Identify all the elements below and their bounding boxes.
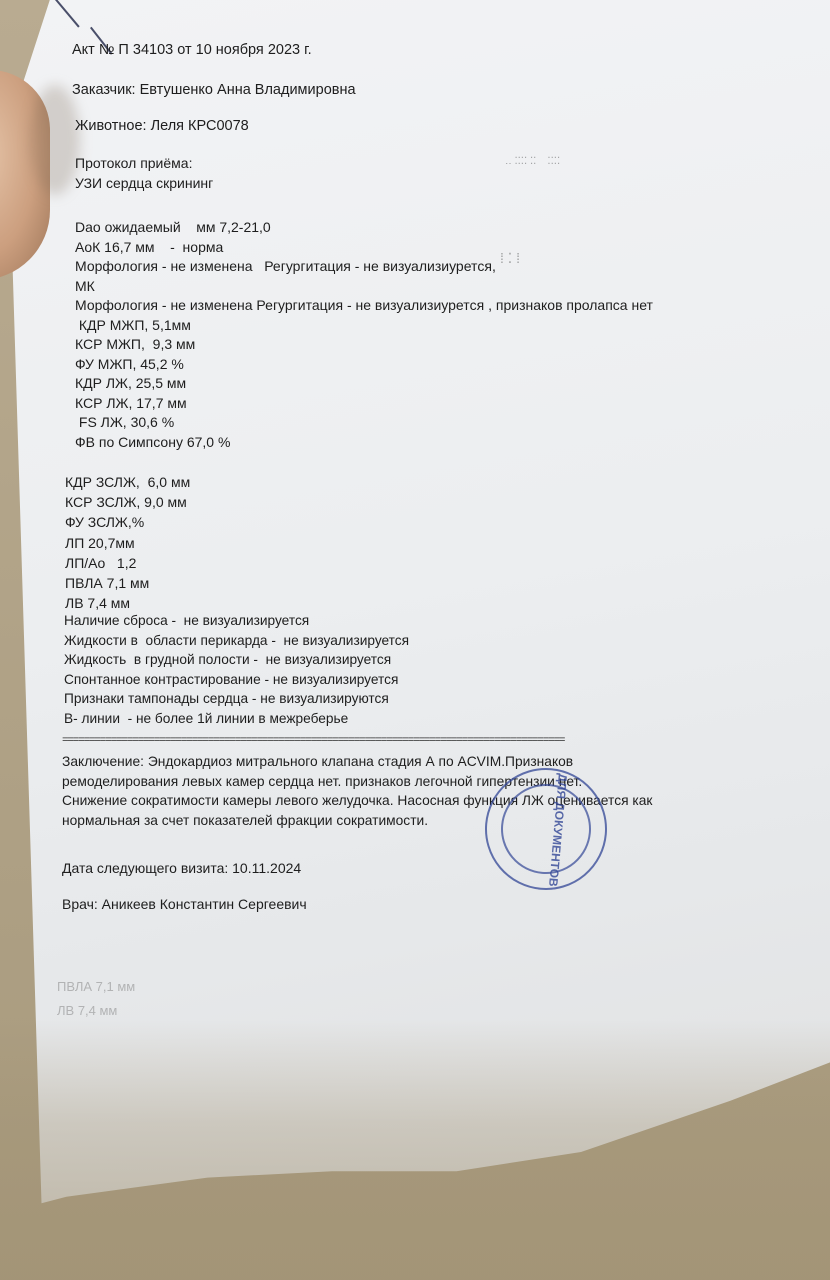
protocol-header: Протокол приёма: УЗИ сердца скрининг (75, 154, 213, 193)
next-visit-date: Дата следующего визита: 10.11.2024 (62, 860, 301, 876)
measurements-section-2: КДР ЗСЛЖ, 6,0 мм КСР ЗСЛЖ, 9,0 мм ФУ ЗСЛ… (65, 472, 190, 613)
observation-line: В- линии - не более 1й линии в межреберь… (64, 709, 409, 729)
measurement-line: КДР МЖП, 5,1мм (75, 316, 653, 336)
measurement-line: ЛП/Ао 1,2 (65, 553, 190, 573)
separator-line: ========================================… (62, 736, 688, 746)
measurement-line: ПВЛА 7,1 мм (65, 573, 190, 593)
observation-line: Жидкости в области перикарда - не визуал… (64, 631, 409, 651)
bleed-through-line: ЛВ 7,4 мм (57, 999, 135, 1023)
bleed-through-line: ПВЛА 7,1 мм (57, 975, 135, 999)
observation-line: Наличие сброса - не визуализируется (64, 611, 409, 631)
bleed-through-text: ПВЛА 7,1 мм ЛВ 7,4 мм (57, 975, 135, 1023)
faded-print-mark: ⁞ ⁚ ⁞ (500, 250, 520, 267)
observation-line: Спонтанное контрастирование - не визуали… (64, 670, 409, 690)
measurement-line: МК (75, 277, 653, 297)
protocol-label: Протокол приёма: (75, 154, 213, 174)
measurement-line: Морфология - не изменена Регургитация - … (75, 296, 653, 316)
observations-section: Наличие сброса - не визуализируется Жидк… (64, 611, 409, 728)
animal-line: Животное: Леля КРС0078 (75, 118, 249, 134)
faded-print-mark: ‥ ⁚⁚⁚⁚ ⁚⁚ ⁚⁚⁚⁚ (505, 156, 560, 167)
measurement-line: ФУ ЗСЛЖ,% (65, 512, 190, 532)
act-number-line: Акт № П 34103 от 10 ноября 2023 г. (72, 42, 312, 58)
measurement-line: Морфология - не изменена Регургитация - … (75, 257, 653, 277)
measurements-section-1: Dao ожидаемый мм 7,2-21,0 АоК 16,7 мм - … (75, 218, 653, 452)
measurement-line: FS ЛЖ, 30,6 % (75, 413, 653, 433)
conclusion-line: Заключение: Эндокардиоз митрального клап… (62, 752, 652, 772)
measurement-line: ЛП 20,7мм (65, 533, 190, 553)
measurement-line: ФВ по Симпсону 67,0 % (75, 433, 653, 453)
measurement-line: АоК 16,7 мм - норма (75, 238, 653, 258)
observation-line: Жидкость в грудной полости - не визуализ… (64, 650, 409, 670)
measurement-line: КСР ЗСЛЖ, 9,0 мм (65, 492, 190, 512)
doctor-name: Врач: Аникеев Константин Сергеевич (62, 896, 307, 912)
customer-line: Заказчик: Евтушенко Анна Владимировна (72, 82, 356, 98)
measurement-line: КСР ЛЖ, 17,7 мм (75, 394, 653, 414)
measurement-line: Dao ожидаемый мм 7,2-21,0 (75, 218, 653, 238)
observation-line: Признаки тампонады сердца - не визуализи… (64, 689, 409, 709)
measurement-line: ФУ МЖП, 45,2 % (75, 355, 653, 375)
stamp-inner-ring (497, 780, 595, 878)
measurement-line: КДР ЛЖ, 25,5 мм (75, 374, 653, 394)
protocol-title: УЗИ сердца скрининг (75, 174, 213, 194)
vet-ultrasound-report: Акт № П 34103 от 10 ноября 2023 г. Заказ… (0, 0, 830, 1280)
measurement-line: КДР ЗСЛЖ, 6,0 мм (65, 472, 190, 492)
measurement-line: КСР МЖП, 9,3 мм (75, 335, 653, 355)
